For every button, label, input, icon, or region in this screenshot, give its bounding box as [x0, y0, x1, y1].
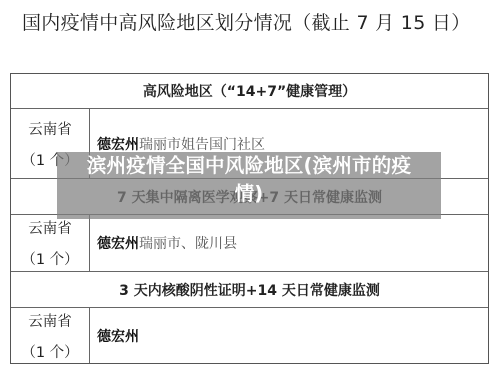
table-header-row: 高风险地区（“14+7”健康管理） [11, 74, 488, 109]
province-count: （1 个） [21, 248, 78, 269]
province-name: 云南省 [28, 310, 72, 331]
province-name: 云南省 [28, 118, 72, 139]
province-cell: 云南省 （1 个） [11, 215, 90, 271]
area-list: 瑞丽市姐告国门社区 [139, 134, 265, 154]
province-cell: 云南省 （1 个） [11, 308, 90, 363]
caption-overlay: 滨州疫情全国中风险地区(滨州市的疫 情) [57, 152, 441, 208]
table-row: 云南省 （1 个） 德宏州瑞丽市、陇川县 [11, 215, 488, 272]
province-count: （1 个） [21, 341, 78, 362]
province-name: 云南省 [28, 217, 72, 238]
page-title: 国内疫情中高风险地区划分情况（截止 7 月 15 日） [22, 8, 471, 35]
caption-line-2: 情) [57, 180, 441, 208]
area-cell: 德宏州瑞丽市、陇川县 [97, 215, 488, 271]
city-name: 德宏州 [97, 134, 139, 154]
caption-line-1: 滨州疫情全国中风险地区(滨州市的疫 [57, 152, 441, 180]
policy-row: 3 天内核酸阴性证明+14 天日常健康监测 [11, 272, 488, 308]
policy-text: 3 天内核酸阴性证明+14 天日常健康监测 [119, 280, 380, 300]
table-header: 高风险地区（“14+7”健康管理） [143, 81, 356, 101]
area-cell: 德宏州 [97, 308, 488, 363]
table-row: 云南省 （1 个） 德宏州 [11, 308, 488, 363]
area-list: 瑞丽市、陇川县 [139, 233, 237, 253]
city-name: 德宏州 [97, 233, 139, 253]
city-name: 德宏州 [97, 326, 139, 346]
